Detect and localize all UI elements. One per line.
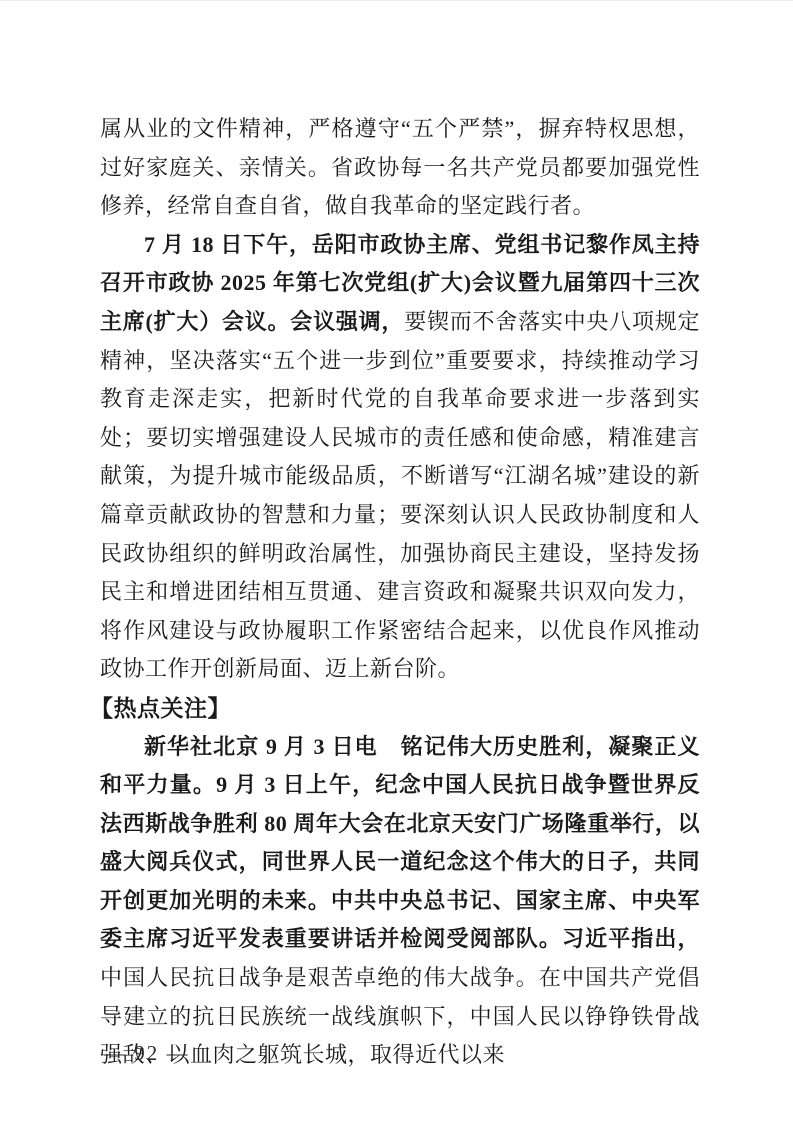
paragraph-xinhua: 新华社北京 9 月 3 日电 铭记伟大历史胜利，凝聚正义和平力量。9 月 3 日… (100, 728, 700, 1075)
paragraph-meeting: 7 月 18 日下午，岳阳市政协主席、党组书记黎作凤主持召开市政协 2025 年… (100, 226, 700, 689)
page-number: — 92 — (104, 1041, 190, 1066)
paragraph-xinhua-body: 中国人民抗日战争是艰苦卓绝的伟大战争。在中国共产党倡导建立的抗日民族统一战线旗帜… (100, 965, 700, 1067)
paragraph-xinhua-bold-lead: 新华社北京 9 月 3 日电 铭记伟大历史胜利，凝聚正义和平力量。9 月 3 日… (100, 734, 700, 952)
document-page: 属从业的文件精神，严格遵守“五个严禁”，摒弃特权思想，过好家庭关、亲情关。省政协… (0, 0, 793, 1123)
paragraph-meeting-body: 要锲而不舍落实中央八项规定精神，坚决落实“五个进一步到位”重要要求，持续推动学习… (100, 309, 700, 681)
section-heading-hot-topics: 【热点关注】 (90, 689, 700, 728)
document-body: 属从业的文件精神，严格遵守“五个严禁”，摒弃特权思想，过好家庭关、亲情关。省政协… (100, 110, 700, 1075)
paragraph-continuation: 属从业的文件精神，严格遵守“五个严禁”，摒弃特权思想，过好家庭关、亲情关。省政协… (100, 110, 700, 226)
